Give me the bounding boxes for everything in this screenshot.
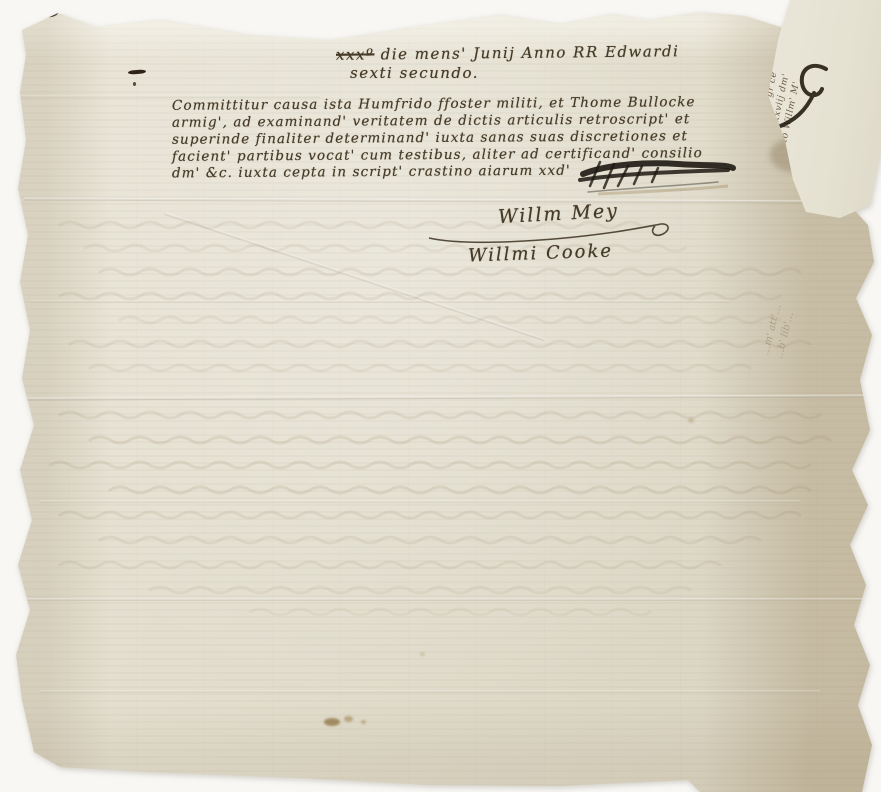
edge-ink-smudge: [44, 11, 59, 19]
signature-first: Willm Mey: [498, 200, 620, 228]
heading-date-line: xxxº die mens' Junij Anno RR Edwardi: [336, 42, 680, 64]
fold-crease-horizontal-7: [40, 690, 820, 693]
bottom-stain-small: [344, 716, 353, 722]
paper-sheet-wrapper: xxxº die mens' Junij Anno RR Edwardi sex…: [0, 0, 881, 792]
heading-date-rest: die mens' Junij Anno RR Edwardi: [374, 42, 679, 63]
ink-crossout-scribble: [578, 156, 738, 196]
fold-crease-horizontal-5: [30, 300, 730, 303]
bottom-stain-large: [324, 718, 340, 726]
struck-date-numeral: xxxº: [336, 45, 375, 63]
fold-crease-horizontal-6: [40, 500, 800, 503]
manuscript-paper: xxxº die mens' Junij Anno RR Edwardi sex…: [0, 0, 881, 792]
diagonal-crease: [164, 212, 544, 341]
foxing-spot-2: [420, 652, 425, 656]
signature-second: Willmi Cooke: [468, 240, 614, 266]
heading-regnal-line: sexti secundo.: [350, 64, 479, 82]
fold-crease-horizontal-1: [24, 198, 862, 204]
body-line: facient' partibus vocat' cum testibus, a…: [172, 145, 703, 165]
foxing-spot-1: [688, 418, 694, 423]
stray-ink-dash: [128, 69, 146, 74]
fold-crease-horizontal-3: [18, 598, 866, 601]
manuscript-photo: xxxº die mens' Junij Anno RR Edwardi sex…: [0, 0, 881, 792]
stray-ink-dot: [133, 82, 136, 86]
bottom-stain-dot: [361, 720, 366, 724]
fold-crease-horizontal-2: [20, 395, 865, 401]
body-line: dm' &c. iuxta cepta in script' crastino …: [172, 163, 571, 182]
faint-margin-note: …m' att'… …b' lib'…: [759, 218, 820, 361]
